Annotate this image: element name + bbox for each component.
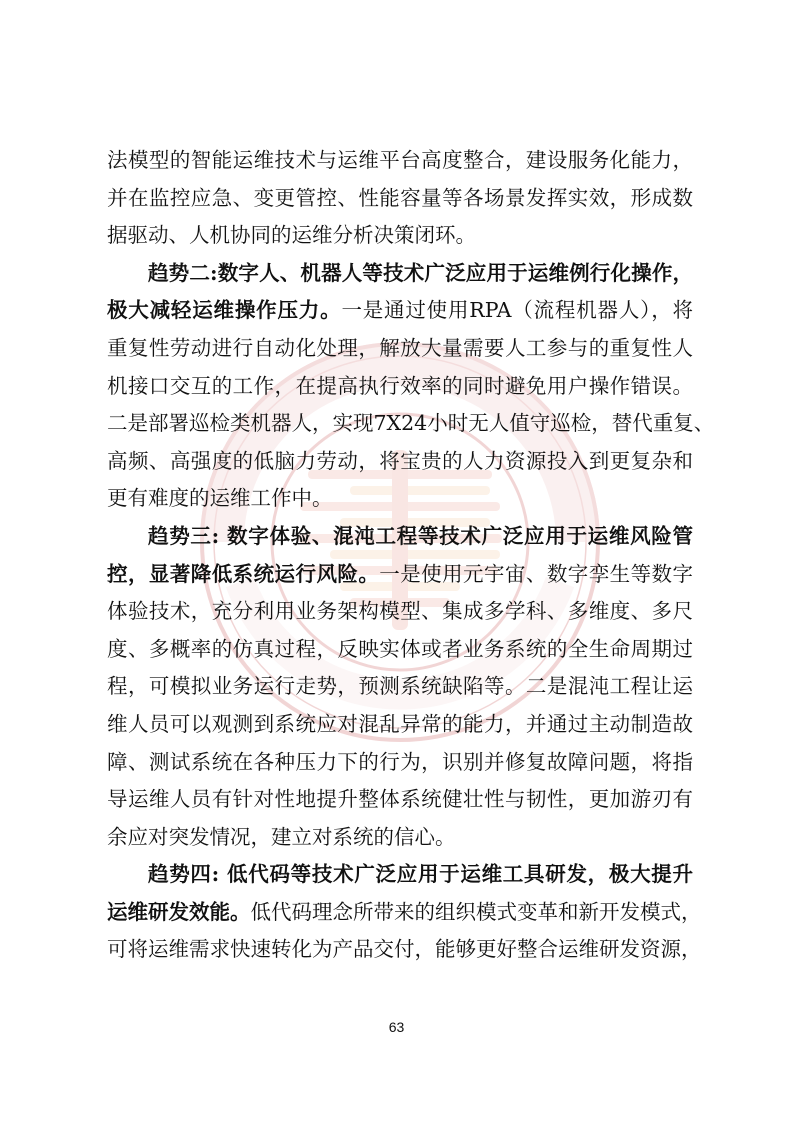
text-line: 障、测试系统在各种压力下的行为，识别并修复故障问题，将指 [107,744,693,782]
text-line: 法模型的智能运维技术与运维平台高度整合，建设服务化能力， [107,142,693,180]
body-text-run: 高频、高强度的低脑力劳动，将宝贵的人力资源投入到更复杂和 [107,449,693,473]
body-text-run: 二是部署巡检类机器人，实现7X24小时无人值守巡检，替代重复、 [107,411,714,435]
text-line: 并在监控应急、变更管控、性能容量等各场景发挥实效，形成数 [107,180,693,218]
text-line: 重复性劳动进行自动化处理，解放大量需要人工参与的重复性人 [107,330,693,368]
text-line: 运维研发效能。低代码理念所带来的组织模式变革和新开发模式， [107,894,693,932]
text-line: 趋势四: 低代码等技术广泛应用于运维工具研发，极大提升 [107,856,693,894]
body-text-run: 重复性劳动进行自动化处理，解放大量需要人工参与的重复性人 [107,336,693,360]
text-line: 二是部署巡检类机器人，实现7X24小时无人值守巡检，替代重复、 [107,405,693,443]
text-line: 维人员可以观测到系统应对混乱异常的能力，并通过主动制造故 [107,706,693,744]
bold-heading-text: 控，显著降低系统运行风险。 [107,562,379,586]
text-line: 体验技术，充分利用业务架构模型、集成多学科、多维度、多尺 [107,593,693,631]
bold-heading-text: 趋势四: 低代码等技术广泛应用于运维工具研发，极大提升 [148,862,693,886]
body-text-run: 更有难度的运维工作中。 [107,486,333,510]
body-text-run: 可将运维需求快速转化为产品交付，能够更好整合运维研发资源， [107,937,702,961]
body-text-run: 障、测试系统在各种压力下的行为，识别并修复故障问题，将指 [107,750,693,774]
bold-heading-text: 趋势三: 数字体验、混沌工程等技术广泛应用于运维风险管 [148,524,693,548]
paragraph-trend-4: 趋势四: 低代码等技术广泛应用于运维工具研发，极大提升运维研发效能。低代码理念所… [107,856,693,969]
text-line: 趋势二:数字人、机器人等技术广泛应用于运维例行化操作， [107,255,693,293]
text-line: 机接口交互的工作，在提高执行效率的同时避免用户操作错误。 [107,368,693,406]
body-text-run: 维人员可以观测到系统应对混乱异常的能力，并通过主动制造故 [107,712,693,736]
body-text-run: 法模型的智能运维技术与运维平台高度整合，建设服务化能力， [107,148,693,172]
body-text-run: 低代码理念所带来的组织模式变革和新开发模式， [251,900,702,924]
page-number: 63 [0,1019,793,1035]
body-text-run: 余应对突发情况，建立对系统的信心。 [107,825,456,849]
text-line: 极大减轻运维操作压力。一是通过使用RPA（流程机器人），将 [107,292,693,330]
body-text-run: 度、多概率的仿真过程，反映实体或者业务系统的全生命周期过 [107,637,693,661]
body-text-run: 体验技术，充分利用业务架构模型、集成多学科、多维度、多尺 [107,599,693,623]
text-line: 更有难度的运维工作中。 [107,480,693,518]
body-text-run: 导运维人员有针对性地提升整体系统健壮性与韧性，更加游刃有 [107,787,693,811]
text-line: 程，可模拟业务运行走势，预测系统缺陷等。二是混沌工程让运 [107,668,693,706]
text-line: 可将运维需求快速转化为产品交付，能够更好整合运维研发资源， [107,931,693,969]
text-line: 余应对突发情况，建立对系统的信心。 [107,819,693,857]
body-text-run: 并在监控应急、变更管控、性能容量等各场景发挥实效，形成数 [107,186,693,210]
body-text-run: 机接口交互的工作，在提高执行效率的同时避免用户操作错误。 [107,374,693,398]
bold-heading-text: 极大减轻运维操作压力。 [107,298,341,322]
body-text-run: 一是通过使用RPA（流程机器人），将 [341,298,693,322]
body-text-run: 据驱动、人机协同的运维分析决策闭环。 [107,223,476,247]
bold-heading-text: 运维研发效能。 [107,900,251,924]
body-text: 法模型的智能运维技术与运维平台高度整合，建设服务化能力，并在监控应急、变更管控、… [107,142,693,969]
paragraph-trend-2: 趋势二:数字人、机器人等技术广泛应用于运维例行化操作，极大减轻运维操作压力。一是… [107,255,693,518]
body-text-run: 一是使用元宇宙、数字孪生等数字 [379,562,693,586]
body-text-run: 程，可模拟业务运行走势，预测系统缺陷等。二是混沌工程让运 [107,674,693,698]
text-line: 高频、高强度的低脑力劳动，将宝贵的人力资源投入到更复杂和 [107,443,693,481]
text-line: 据驱动、人机协同的运维分析决策闭环。 [107,217,693,255]
text-line: 度、多概率的仿真过程，反映实体或者业务系统的全生命周期过 [107,631,693,669]
text-line: 趋势三: 数字体验、混沌工程等技术广泛应用于运维风险管 [107,518,693,556]
text-line: 导运维人员有针对性地提升整体系统健壮性与韧性，更加游刃有 [107,781,693,819]
text-line: 控，显著降低系统运行风险。一是使用元宇宙、数字孪生等数字 [107,556,693,594]
bold-heading-text: 趋势二:数字人、机器人等技术广泛应用于运维例行化操作， [148,261,693,285]
paragraph-trend-3: 趋势三: 数字体验、混沌工程等技术广泛应用于运维风险管控，显著降低系统运行风险。… [107,518,693,856]
document-page: 法模型的智能运维技术与运维平台高度整合，建设服务化能力，并在监控应急、变更管控、… [0,0,793,1122]
paragraph-p0-continuation: 法模型的智能运维技术与运维平台高度整合，建设服务化能力，并在监控应急、变更管控、… [107,142,693,255]
